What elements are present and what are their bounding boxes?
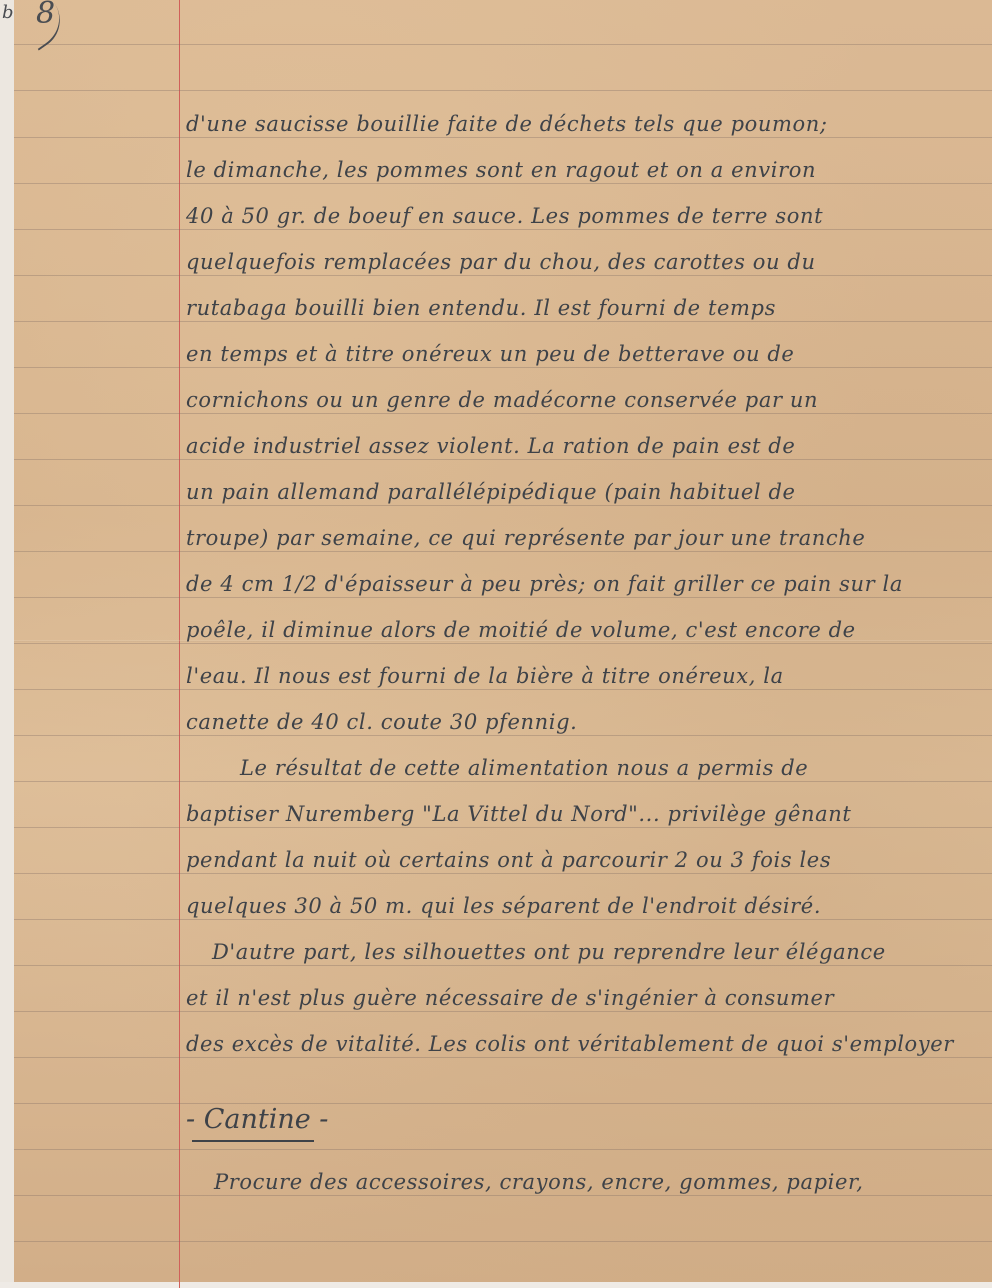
text-line: de 4 cm 1/2 d'épaisseur à peu près; on f… [186, 572, 903, 596]
ruled-line [14, 459, 992, 460]
ruled-line [14, 275, 992, 276]
text-line: acide industriel assez violent. La ratio… [186, 434, 795, 458]
ruled-line [14, 1103, 992, 1104]
text-line: en temps et à titre onéreux un peu de be… [186, 342, 794, 366]
ruled-line [14, 965, 992, 966]
ruled-line [14, 183, 992, 184]
ruled-line [14, 735, 992, 736]
ruled-line [14, 90, 992, 91]
ruled-line [14, 873, 992, 874]
text-line: rutabaga bouilli bien entendu. Il est fo… [186, 296, 776, 320]
red-margin-line [179, 0, 180, 1288]
ruled-line [14, 551, 992, 552]
text-line: un pain allemand parallélépipédique (pai… [186, 480, 796, 504]
text-line: et il n'est plus guère nécessaire de s'i… [186, 986, 834, 1010]
text-line: le dimanche, les pommes sont en ragout e… [186, 158, 816, 182]
ruled-line [14, 321, 992, 322]
ruled-line [14, 827, 992, 828]
ruled-line [14, 1241, 992, 1242]
ruled-line [14, 44, 992, 45]
ruled-line [14, 137, 992, 138]
ruled-line [14, 1149, 992, 1150]
ruled-line [14, 1011, 992, 1012]
text-line: Procure des accessoires, crayons, encre,… [214, 1170, 864, 1194]
ruled-line [14, 689, 992, 690]
ruled-line [14, 1195, 992, 1196]
scan-edge-bottom [0, 1282, 992, 1288]
scan-edge-left [0, 0, 14, 1288]
ruled-line [14, 643, 992, 644]
letter-page: b 8 d'une saucisse bouillie faite de déc… [0, 0, 992, 1288]
text-line: troupe) par semaine, ce qui représente p… [186, 526, 865, 550]
text-line: D'autre part, les silhouettes ont pu rep… [212, 940, 886, 964]
text-line: d'une saucisse bouillie faite de déchets… [186, 112, 828, 136]
text-line: pendant la nuit où certains ont à parcou… [186, 848, 831, 872]
ruled-line [14, 919, 992, 920]
text-line: des excès de vitalité. Les colis ont vér… [186, 1032, 954, 1056]
text-line: Le résultat de cette alimentation nous a… [240, 756, 808, 780]
corner-mark: b [2, 2, 14, 23]
ruled-line [14, 505, 992, 506]
text-line: cornichons ou un genre de madécorne cons… [186, 388, 818, 412]
text-line: 40 à 50 gr. de boeuf en sauce. Les pomme… [186, 204, 823, 228]
text-line: canette de 40 cl. coute 30 pfennig. [186, 710, 577, 734]
ruled-line [14, 413, 992, 414]
section-heading-cantine: - Cantine - [186, 1104, 328, 1135]
ruled-line [14, 229, 992, 230]
ruled-line [14, 1057, 992, 1058]
text-line: quelquefois remplacées par du chou, des … [186, 250, 816, 274]
heading-underline [192, 1140, 314, 1142]
ruled-line [14, 597, 992, 598]
text-line: l'eau. Il nous est fourni de la bière à … [186, 664, 784, 688]
text-line: poêle, il diminue alors de moitié de vol… [186, 618, 856, 642]
ruled-line [14, 781, 992, 782]
text-line: quelques 30 à 50 m. qui les séparent de … [186, 894, 821, 918]
ruled-line [14, 367, 992, 368]
text-line: baptiser Nuremberg "La Vittel du Nord"..… [186, 802, 851, 826]
